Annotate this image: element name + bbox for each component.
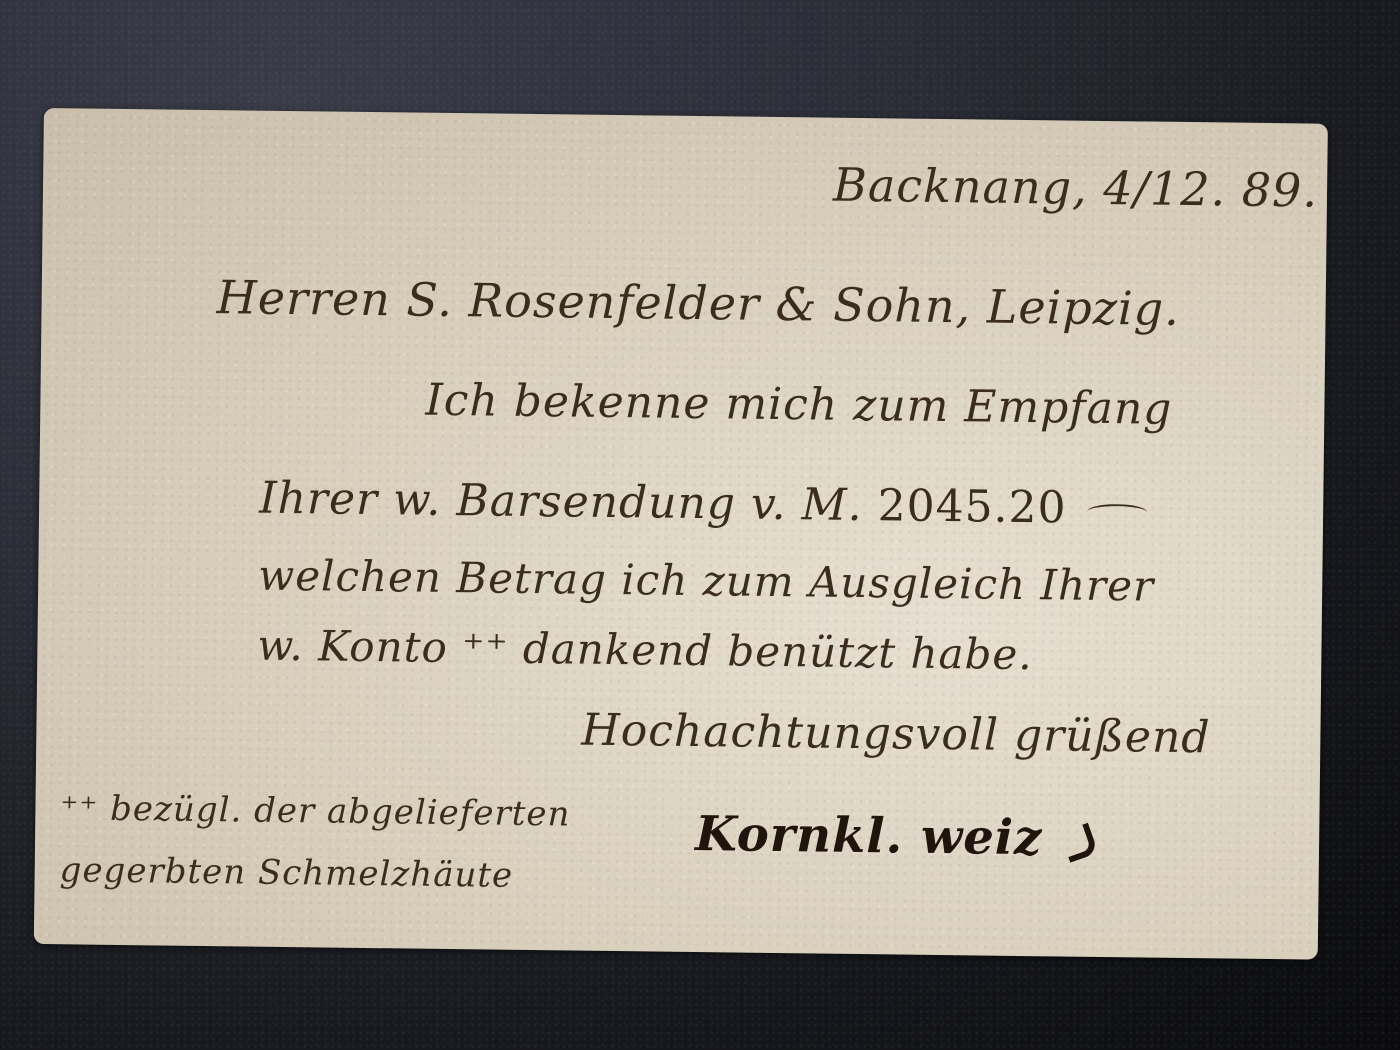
swash-flourish (1087, 503, 1147, 520)
signature-text: Kornkl. weiz (695, 806, 1043, 866)
body-line: welchen Betrag ich zum Ausgleich Ihrer (258, 551, 1154, 611)
body-line: Ich bekenne mich zum Empfang (425, 375, 1173, 435)
signature: Kornkl. weiz (695, 806, 1095, 867)
body-line-text: Ihrer w. Barsendung v. M. (259, 473, 863, 531)
amount: 2045.20 (877, 480, 1067, 533)
signature-flourish (1060, 822, 1099, 862)
body-line: w. Konto ⁺⁺ dankend benützt habe. (257, 621, 1033, 679)
place-date: Backnang, 4/12. 89. (833, 158, 1319, 218)
postcard: Backnang, 4/12. 89. Herren S. Rosenfelde… (34, 108, 1328, 960)
footnote-line: ⁺⁺ bezügl. der abgelieferten (60, 788, 570, 834)
body-line: Ihrer w. Barsendung v. M. 2045.20 (259, 473, 1148, 535)
salutation: Herren S. Rosenfelder & Sohn, Leipzig. (216, 270, 1180, 336)
closing: Hochachtungsvoll grüßend (581, 705, 1211, 764)
footnote-line: gegerbten Schmelzhäute (59, 850, 513, 896)
